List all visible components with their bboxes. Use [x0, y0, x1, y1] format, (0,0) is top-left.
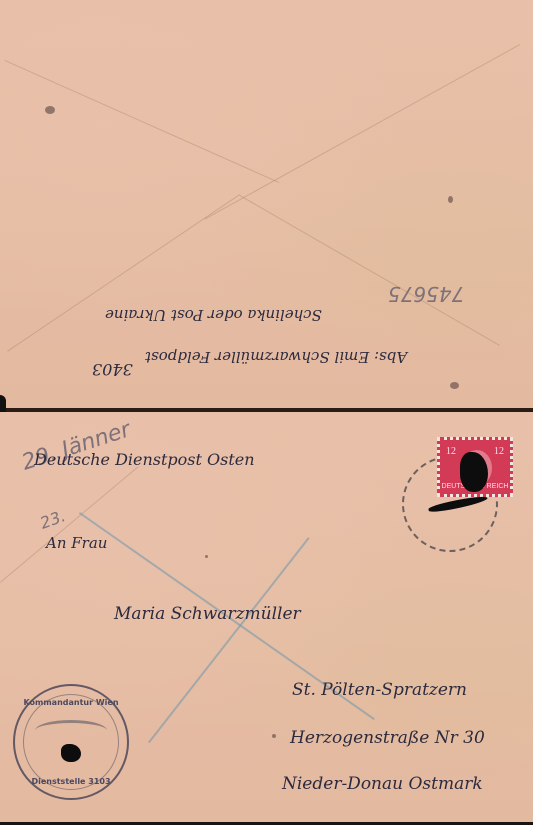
fold-line: [205, 44, 520, 219]
official-seal: Kommandantur Wien Dienststelle 3103: [13, 684, 129, 800]
envelope-back: 745675 Schelinka oder Post Ukraine Abs: …: [0, 0, 533, 408]
eagle-icon: [35, 720, 107, 741]
ink-blot: [61, 744, 81, 762]
fold-line: [7, 194, 240, 351]
blue-cross-line: [148, 537, 310, 743]
stain: [205, 555, 208, 558]
stamp-value-left: 12: [446, 446, 456, 457]
sender-line-2: Schelinka oder Post Ukraine: [105, 306, 322, 324]
seal-top-text: Kommandantur Wien: [15, 698, 127, 707]
fold-line: [0, 466, 139, 582]
pencil-number: 745675: [388, 282, 464, 306]
stamp-value-right: 12: [494, 446, 504, 457]
service-heading: Deutsche Dienstpost Osten: [34, 450, 255, 469]
recipient-name: Maria Schwarzmüller: [114, 604, 301, 624]
seal-inner-ring: [23, 694, 119, 790]
ink-blot: [460, 452, 488, 492]
sender-line-1: Abs: Emil Schwarzmüller Feldpost: [145, 348, 407, 366]
stain: [272, 734, 276, 738]
address-region: Nieder-Donau Ostmark: [282, 774, 483, 794]
address-city: St. Pölten-Spratzern: [292, 680, 467, 700]
stain: [45, 106, 55, 114]
fold-line: [5, 60, 279, 183]
salutation: An Frau: [46, 534, 107, 552]
seal-bottom-text: Dienststelle 3103: [15, 777, 127, 786]
address-street: Herzogenstraße Nr 30: [290, 728, 485, 748]
stain: [450, 382, 459, 389]
stain: [448, 196, 453, 203]
field-post-number: 3403: [92, 360, 133, 379]
